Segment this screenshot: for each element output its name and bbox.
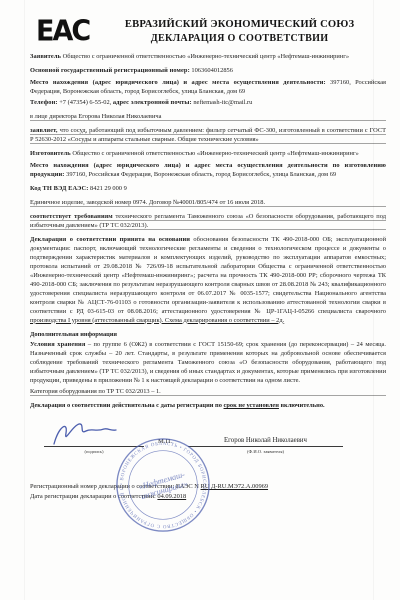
applicant-address-label: Место нахождения (адрес юридического лиц… [30,79,326,86]
registration-number-label: Регистрационный номер декларации о соотв… [30,483,174,490]
tnved-label: Код ТН ВЭД ЕАЭС: [30,185,88,192]
email-label: адрес электронной почты: [113,99,192,106]
document-title: ДЕКЛАРАЦИЯ О СООТВЕТСТВИИ [93,33,386,44]
manufacturer-address-line: Место нахождения (адрес юридического лиц… [30,161,386,179]
signature-rule [44,446,144,447]
additional-info-heading: Дополнительная информация [30,330,386,339]
scan-artifact-left [24,0,25,600]
stamp-place-label: М.П. [158,438,172,445]
compliance-paragraph: соответствует требованиям технического р… [30,212,386,230]
eac-logo-icon: ЕАС [36,17,89,45]
applicant-label: Заявитель [30,53,61,60]
additional-info-paragraph: Условия хранения – по группе 6 (ОЖ2) в с… [30,340,386,385]
equipment-category-line: Категория оборудования по ТР ТС 032/2013… [30,387,386,396]
registration-date-value: 04.09.2018 [157,493,186,500]
signer-name-rule [188,446,343,447]
signature-caption: (подпись) [44,449,144,454]
email-value: neftemash-itc@mail.ru [193,99,252,106]
phone-label: Телефон: [30,99,58,106]
validity-line: Декларация о соответствии действительна … [30,401,386,410]
signature-icon [48,418,134,448]
statement-paragraph: заявляет, что сосуд, работающий под избы… [30,126,386,144]
phone-value: +7 (47354) 6-55-02, [59,99,111,106]
tnved-value: 8421 29 000 9 [90,185,127,192]
manufacturer-name: Общество с ограниченной ответственностью… [72,150,358,157]
manufacturer-address-value: 397160, Российская Федерация, Воронежска… [66,171,336,178]
signature-block: (подпись) М.П. Егоров Николай Николаевич… [30,418,386,476]
validity-suffix: включительно. [281,402,325,409]
basis-scheme-text: производства I уровня (аттестованный сва… [30,317,284,324]
statement-label: заявляет, [30,127,58,134]
compliance-label: соответствует требованиям [30,213,113,220]
signer-name-caption: (Ф.И.О. заявителя) [188,449,343,454]
manufacturer-label: Изготовитель [30,150,71,157]
ogrn-value: 1063604012856 [191,67,233,74]
ogrn-line: Основной государственный регистрационный… [30,66,386,75]
declaration-document: ЕАС ЕВРАЗИЙСКИЙ ЭКОНОМИЧЕСКИЙ СОЮЗ ДЕКЛА… [0,0,400,600]
registration-number-value: RU Д-RU.МЭ72.А.00969 [201,483,269,490]
applicant-paragraph: Заявитель Общество с ограниченной ответс… [30,52,386,61]
scan-artifact-right [373,0,374,600]
tnved-line: Код ТН ВЭД ЕАЭС: 8421 29 000 9 [30,184,386,193]
document-header: ЕАС ЕВРАЗИЙСКИЙ ЭКОНОМИЧЕСКИЙ СОЮЗ ДЕКЛА… [30,18,386,45]
applicant-address-line: Место нахождения (адрес юридического лиц… [30,78,386,96]
basis-text: обоснования безопасности ТК 490-2018-000… [30,236,386,315]
contacts-line: Телефон: +7 (47354) 6-55-02, адрес элект… [30,98,386,107]
basis-paragraph: Декларация о соответствии принята на осн… [30,235,386,325]
registration-date-label: Дата регистрации декларации о соответств… [30,493,156,500]
signer-name: Егоров Николай Николаевич [188,437,343,444]
applicant-name: Общество с ограниченной ответственностью… [63,53,349,60]
validity-term: срок не установлен [224,402,279,409]
document-titles: ЕВРАЗИЙСКИЙ ЭКОНОМИЧЕСКИЙ СОЮЗ ДЕКЛАРАЦИ… [93,19,386,44]
registration-number-prefix: ЕАЭС N [176,483,199,490]
storage-label: Условия хранения [30,341,85,348]
registration-number-line: Регистрационный номер декларации о соотв… [30,482,386,502]
basis-label: Декларация о соответствии принята на осн… [30,236,190,243]
manufacturer-paragraph: Изготовитель Общество с ограниченной отв… [30,149,386,158]
representative-line: в лице директора Егорова Николая Николае… [30,112,386,121]
validity-prefix: Декларация о соответствии действительна … [30,402,222,409]
statement-text: что сосуд, работающий под избыточным дав… [30,127,386,143]
unit-info-line: Единичное изделие, заводской номер 0974.… [30,198,386,207]
union-title: ЕВРАЗИЙСКИЙ ЭКОНОМИЧЕСКИЙ СОЮЗ [93,19,386,30]
ogrn-label: Основной государственный регистрационный… [30,67,190,74]
